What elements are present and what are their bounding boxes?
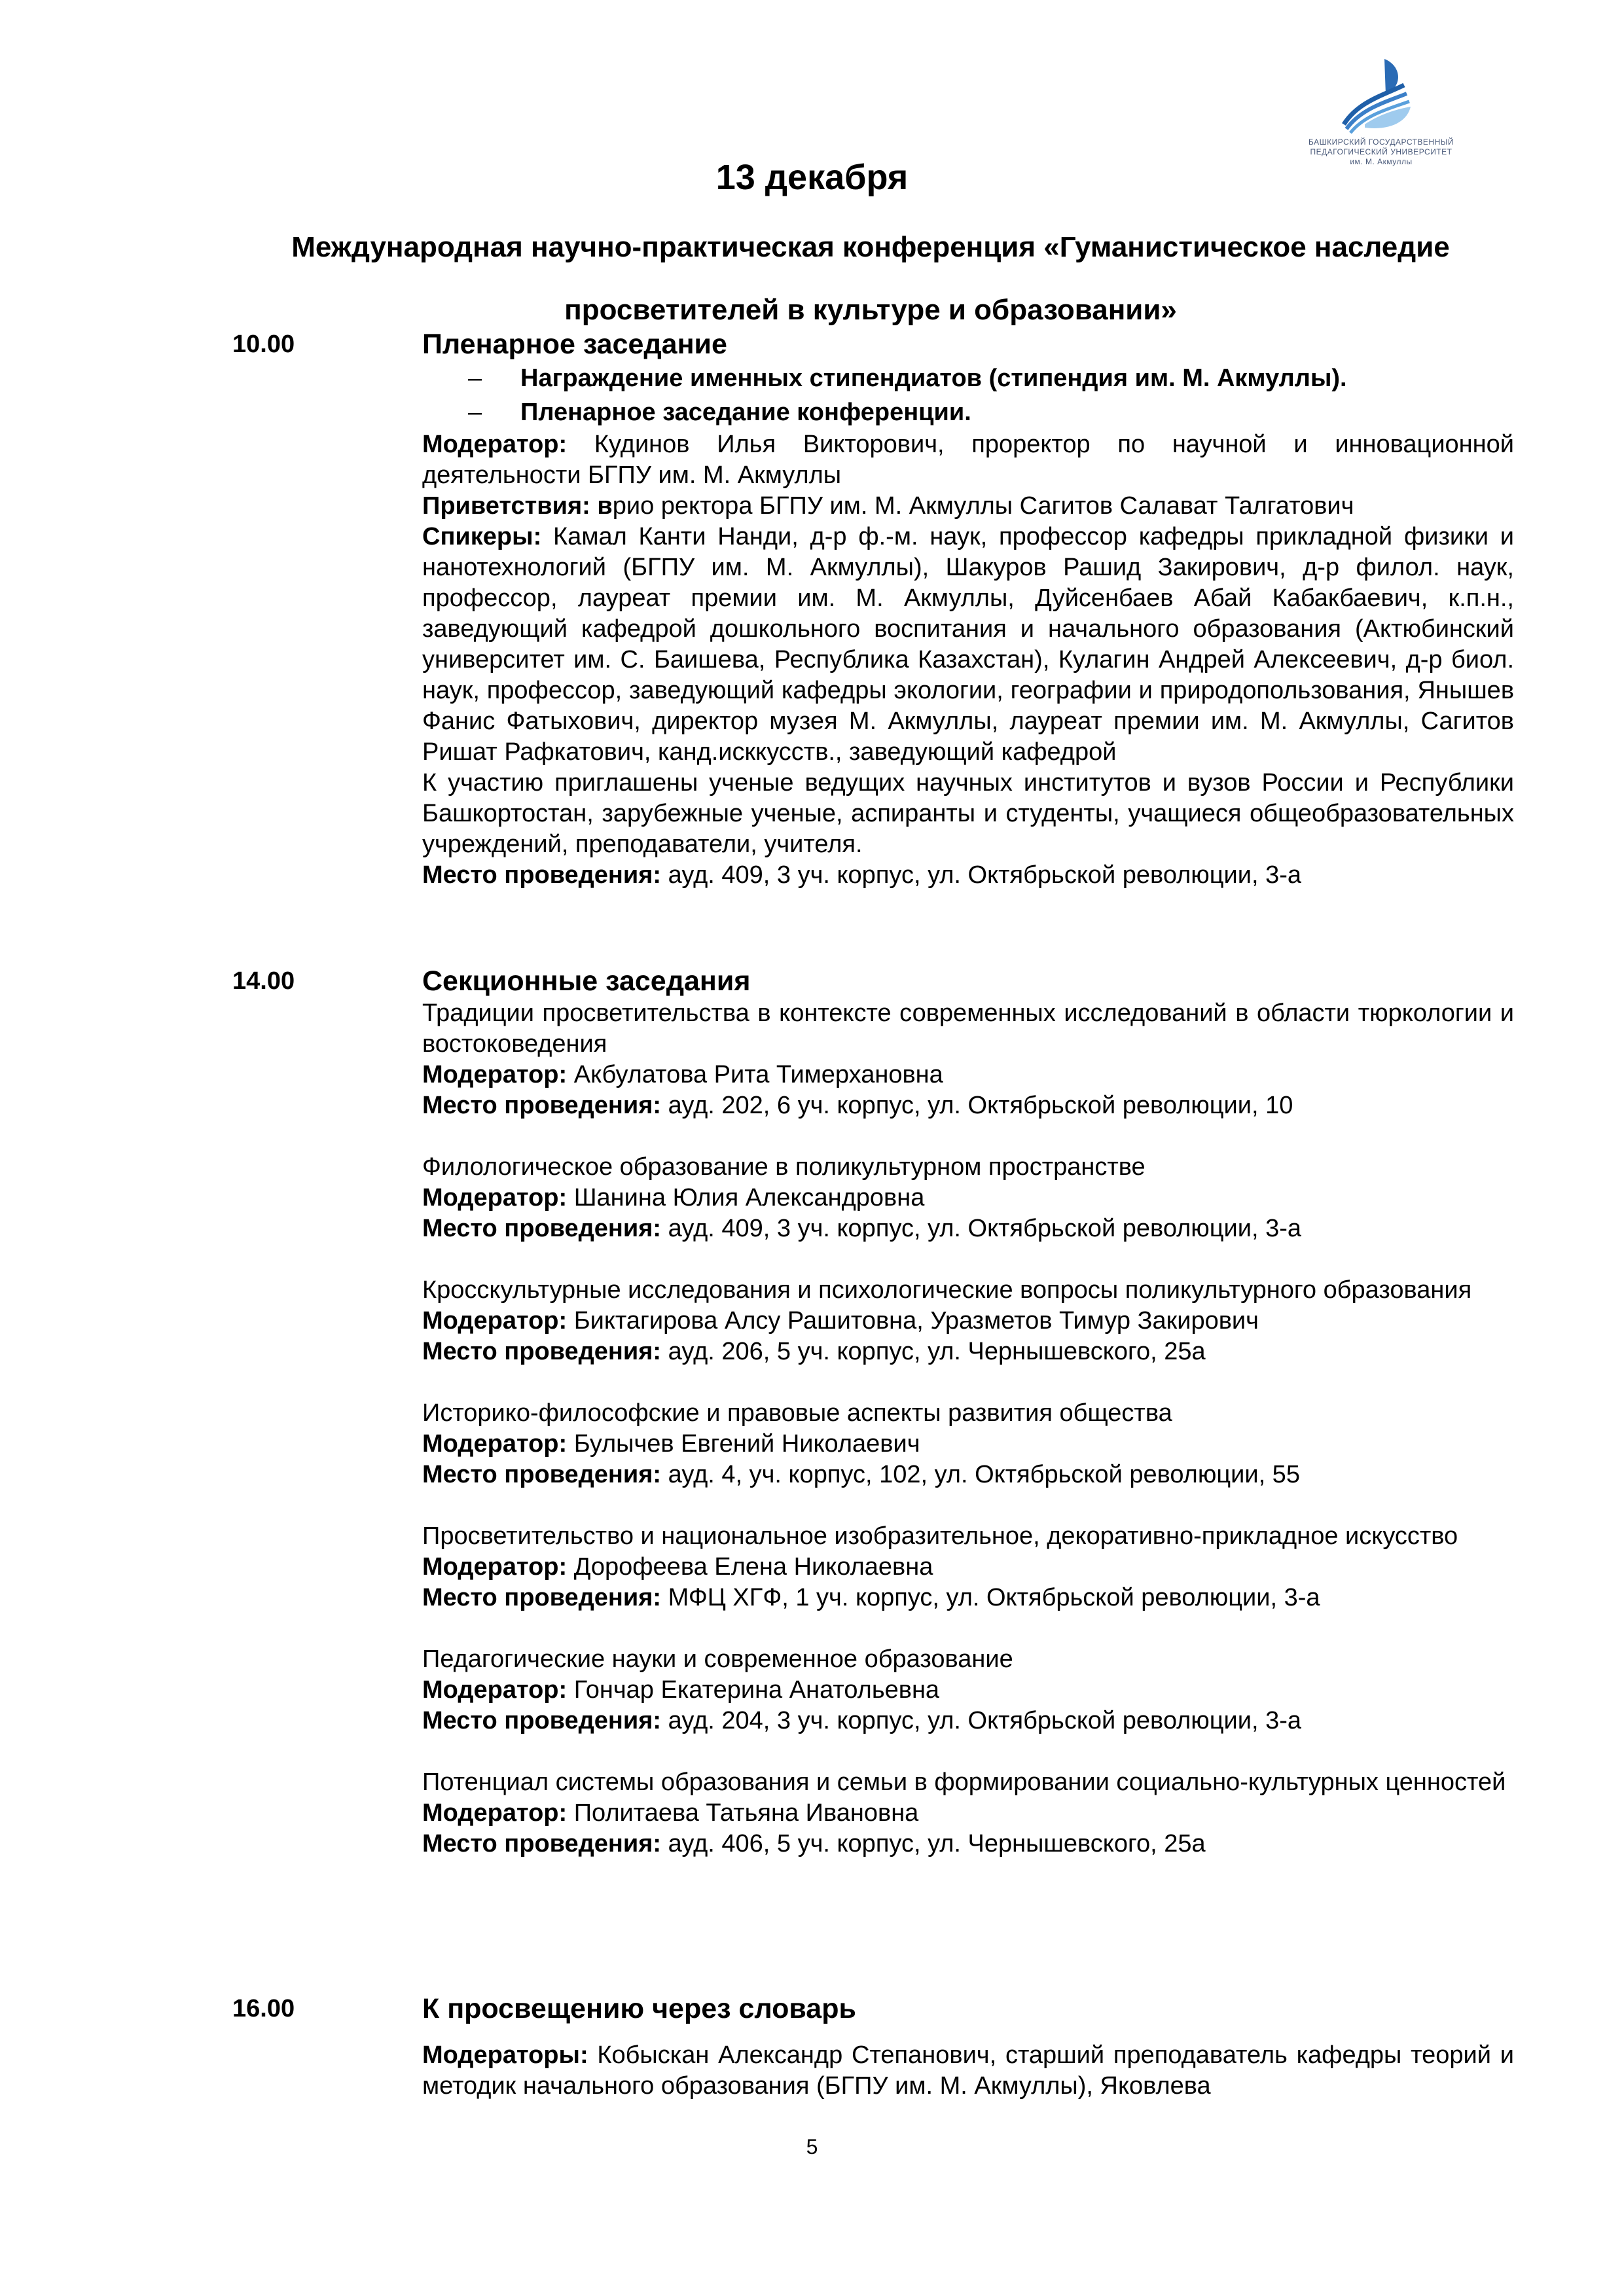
- session-title: К просвещению через словарь: [422, 1992, 1514, 2026]
- moderator-value: Политаева Татьяна Ивановна: [574, 1799, 919, 1827]
- venue-line: Место проведения: ауд. 406, 5 уч. корпус…: [422, 1829, 1514, 1859]
- page-number: 5: [0, 2135, 1624, 2159]
- venue-line: Место проведения: ауд. 204, 3 уч. корпус…: [422, 1706, 1514, 1736]
- moderator-label: Модератор:: [422, 1061, 567, 1088]
- moderator-line: Модератор: Булычев Евгений Николаевич: [422, 1429, 1514, 1460]
- plenary-session-block: Пленарное заседание –Награждение именных…: [422, 327, 1514, 891]
- time-label: 16.00: [232, 1995, 295, 2023]
- moderator-label: Модератор:: [422, 1553, 567, 1581]
- venue-line: Место проведения: ауд. 409, 3 уч. корпус…: [422, 1213, 1514, 1244]
- session-title: Секционные заседания: [422, 964, 1514, 998]
- dash-bullet-icon: –: [468, 395, 482, 429]
- session-title: Пленарное заседание: [422, 327, 1514, 361]
- speakers-value: Камал Канти Нанди, д-р ф.-м. наук, профе…: [422, 523, 1514, 766]
- venue-label: Место проведения:: [422, 1584, 661, 1611]
- conference-title: Международная научно-практическая конфер…: [249, 216, 1492, 342]
- venue-value: ауд. 204, 3 уч. корпус, ул. Октябрьской …: [668, 1707, 1301, 1734]
- venue-label: Место проведения:: [422, 1092, 661, 1119]
- moderator-label: Модератор:: [422, 1676, 567, 1704]
- section-name: Традиции просветительства в контексте со…: [422, 998, 1514, 1060]
- section-item: Кросскультурные исследования и психологи…: [422, 1275, 1514, 1367]
- moderator-value: Булычев Евгений Николаевич: [574, 1430, 920, 1458]
- list-item: –Награждение именных стипендиатов (стипе…: [422, 361, 1514, 395]
- venue-label: Место проведения:: [422, 1461, 661, 1488]
- moderators-label: Модераторы:: [422, 2041, 588, 2069]
- venue-label: Место проведения:: [422, 1215, 661, 1242]
- venue-value: ауд. 4, уч. корпус, 102, ул. Октябрьской…: [668, 1461, 1300, 1488]
- greetings-line: Приветствия: врио ректора БГПУ им. М. Ак…: [422, 491, 1514, 522]
- moderator-value: Гончар Екатерина Анатольевна: [574, 1676, 939, 1704]
- section-name: Историко-философские и правовые аспекты …: [422, 1398, 1514, 1429]
- date-heading: 13 декабря: [0, 157, 1624, 198]
- section-name: Филологическое образование в поликультур…: [422, 1152, 1514, 1183]
- moderator-value: Шанина Юлия Александровна: [574, 1184, 925, 1211]
- moderator-label: Модератор:: [422, 1184, 567, 1211]
- time-label: 14.00: [232, 967, 295, 996]
- moderator-label: Модератор:: [422, 1799, 567, 1827]
- section-item: Потенциал системы образования и семьи в …: [422, 1767, 1514, 1859]
- moderators-line: Модераторы: Кобыскан Александр Степанови…: [422, 2040, 1514, 2102]
- venue-value: ауд. 206, 5 уч. корпус, ул. Чернышевског…: [668, 1338, 1206, 1365]
- section-name: Просветительство и национальное изобрази…: [422, 1521, 1514, 1552]
- dictionary-session-block: К просвещению через словарь Модераторы: …: [422, 1992, 1514, 2102]
- section-name: Педагогические науки и современное образ…: [422, 1644, 1514, 1675]
- section-item: Историко-философские и правовые аспекты …: [422, 1398, 1514, 1490]
- moderator-line: Модератор: Дорофеева Елена Николаевна: [422, 1552, 1514, 1583]
- greetings-value: рио ректора БГПУ им. М. Акмуллы Сагитов …: [613, 492, 1354, 520]
- moderator-label: Модератор:: [422, 1307, 567, 1335]
- list-item: –Пленарное заседание конференции.: [422, 395, 1514, 429]
- venue-label: Место проведения:: [422, 1338, 661, 1365]
- section-name: Кросскультурные исследования и психологи…: [422, 1275, 1514, 1306]
- time-label: 10.00: [232, 331, 295, 359]
- university-logo-icon: [1339, 56, 1424, 137]
- venue-line: Место проведения: ауд. 4, уч. корпус, 10…: [422, 1460, 1514, 1490]
- venue-value: ауд. 406, 5 уч. корпус, ул. Чернышевског…: [668, 1830, 1206, 1857]
- venue-value: ауд. 202, 6 уч. корпус, ул. Октябрьской …: [668, 1092, 1293, 1119]
- venue-value: МФЦ ХГФ, 1 уч. корпус, ул. Октябрьской р…: [668, 1584, 1320, 1611]
- venue-value: ауд. 409, 3 уч. корпус, ул. Октябрьской …: [668, 861, 1301, 889]
- section-item: Просветительство и национальное изобрази…: [422, 1521, 1514, 1613]
- section-list: Традиции просветительства в контексте со…: [422, 998, 1514, 1859]
- section-name: Потенциал системы образования и семьи в …: [422, 1767, 1514, 1798]
- section-item: Филологическое образование в поликультур…: [422, 1152, 1514, 1244]
- logo-text-line: ПЕДАГОГИЧЕСКИЙ УНИВЕРСИТЕТ: [1299, 147, 1463, 157]
- plenary-bullet-list: –Награждение именных стипендиатов (стипе…: [422, 361, 1514, 429]
- venue-line: Место проведения: ауд. 409, 3 уч. корпус…: [422, 860, 1514, 891]
- greetings-label: Приветствия: в: [422, 492, 613, 520]
- venue-line: Место проведения: ауд. 202, 6 уч. корпус…: [422, 1090, 1514, 1121]
- venue-label: Место проведения:: [422, 1830, 661, 1857]
- moderator-line: Модератор: Гончар Екатерина Анатольевна: [422, 1675, 1514, 1706]
- dash-bullet-icon: –: [468, 361, 482, 395]
- sectional-sessions-block: Секционные заседания Традиции просветите…: [422, 964, 1514, 1859]
- invitation-text: К участию приглашены ученые ведущих науч…: [422, 768, 1514, 860]
- section-item: Педагогические науки и современное образ…: [422, 1644, 1514, 1736]
- moderator-line: Модератор: Акбулатова Рита Тимерхановна: [422, 1060, 1514, 1090]
- moderator-label: Модератор:: [422, 1430, 567, 1458]
- speakers-label: Спикеры:: [422, 523, 541, 550]
- speakers-line: Спикеры: Камал Канти Нанди, д-р ф.-м. на…: [422, 522, 1514, 768]
- logo-text-line: БАШКИРСКИЙ ГОСУДАРСТВЕННЫЙ: [1299, 137, 1463, 147]
- moderator-label: Модератор:: [422, 431, 567, 458]
- moderator-line: Модератор: Кудинов Илья Викторович, прор…: [422, 429, 1514, 491]
- moderator-line: Модератор: Политаева Татьяна Ивановна: [422, 1798, 1514, 1829]
- moderator-line: Модератор: Биктагирова Алсу Рашитовна, У…: [422, 1306, 1514, 1336]
- venue-line: Место проведения: ауд. 206, 5 уч. корпус…: [422, 1336, 1514, 1367]
- moderator-value: Кудинов Илья Викторович, проректор по на…: [422, 431, 1514, 489]
- moderator-line: Модератор: Шанина Юлия Александровна: [422, 1183, 1514, 1213]
- venue-value: ауд. 409, 3 уч. корпус, ул. Октябрьской …: [668, 1215, 1301, 1242]
- section-item: Традиции просветительства в контексте со…: [422, 998, 1514, 1121]
- moderator-value: Акбулатова Рита Тимерхановна: [574, 1061, 943, 1088]
- moderator-value: Дорофеева Елена Николаевна: [574, 1553, 933, 1581]
- venue-line: Место проведения: МФЦ ХГФ, 1 уч. корпус,…: [422, 1583, 1514, 1613]
- venue-label: Место проведения:: [422, 861, 661, 889]
- moderator-value: Биктагирова Алсу Рашитовна, Уразметов Ти…: [574, 1307, 1259, 1335]
- venue-label: Место проведения:: [422, 1707, 661, 1734]
